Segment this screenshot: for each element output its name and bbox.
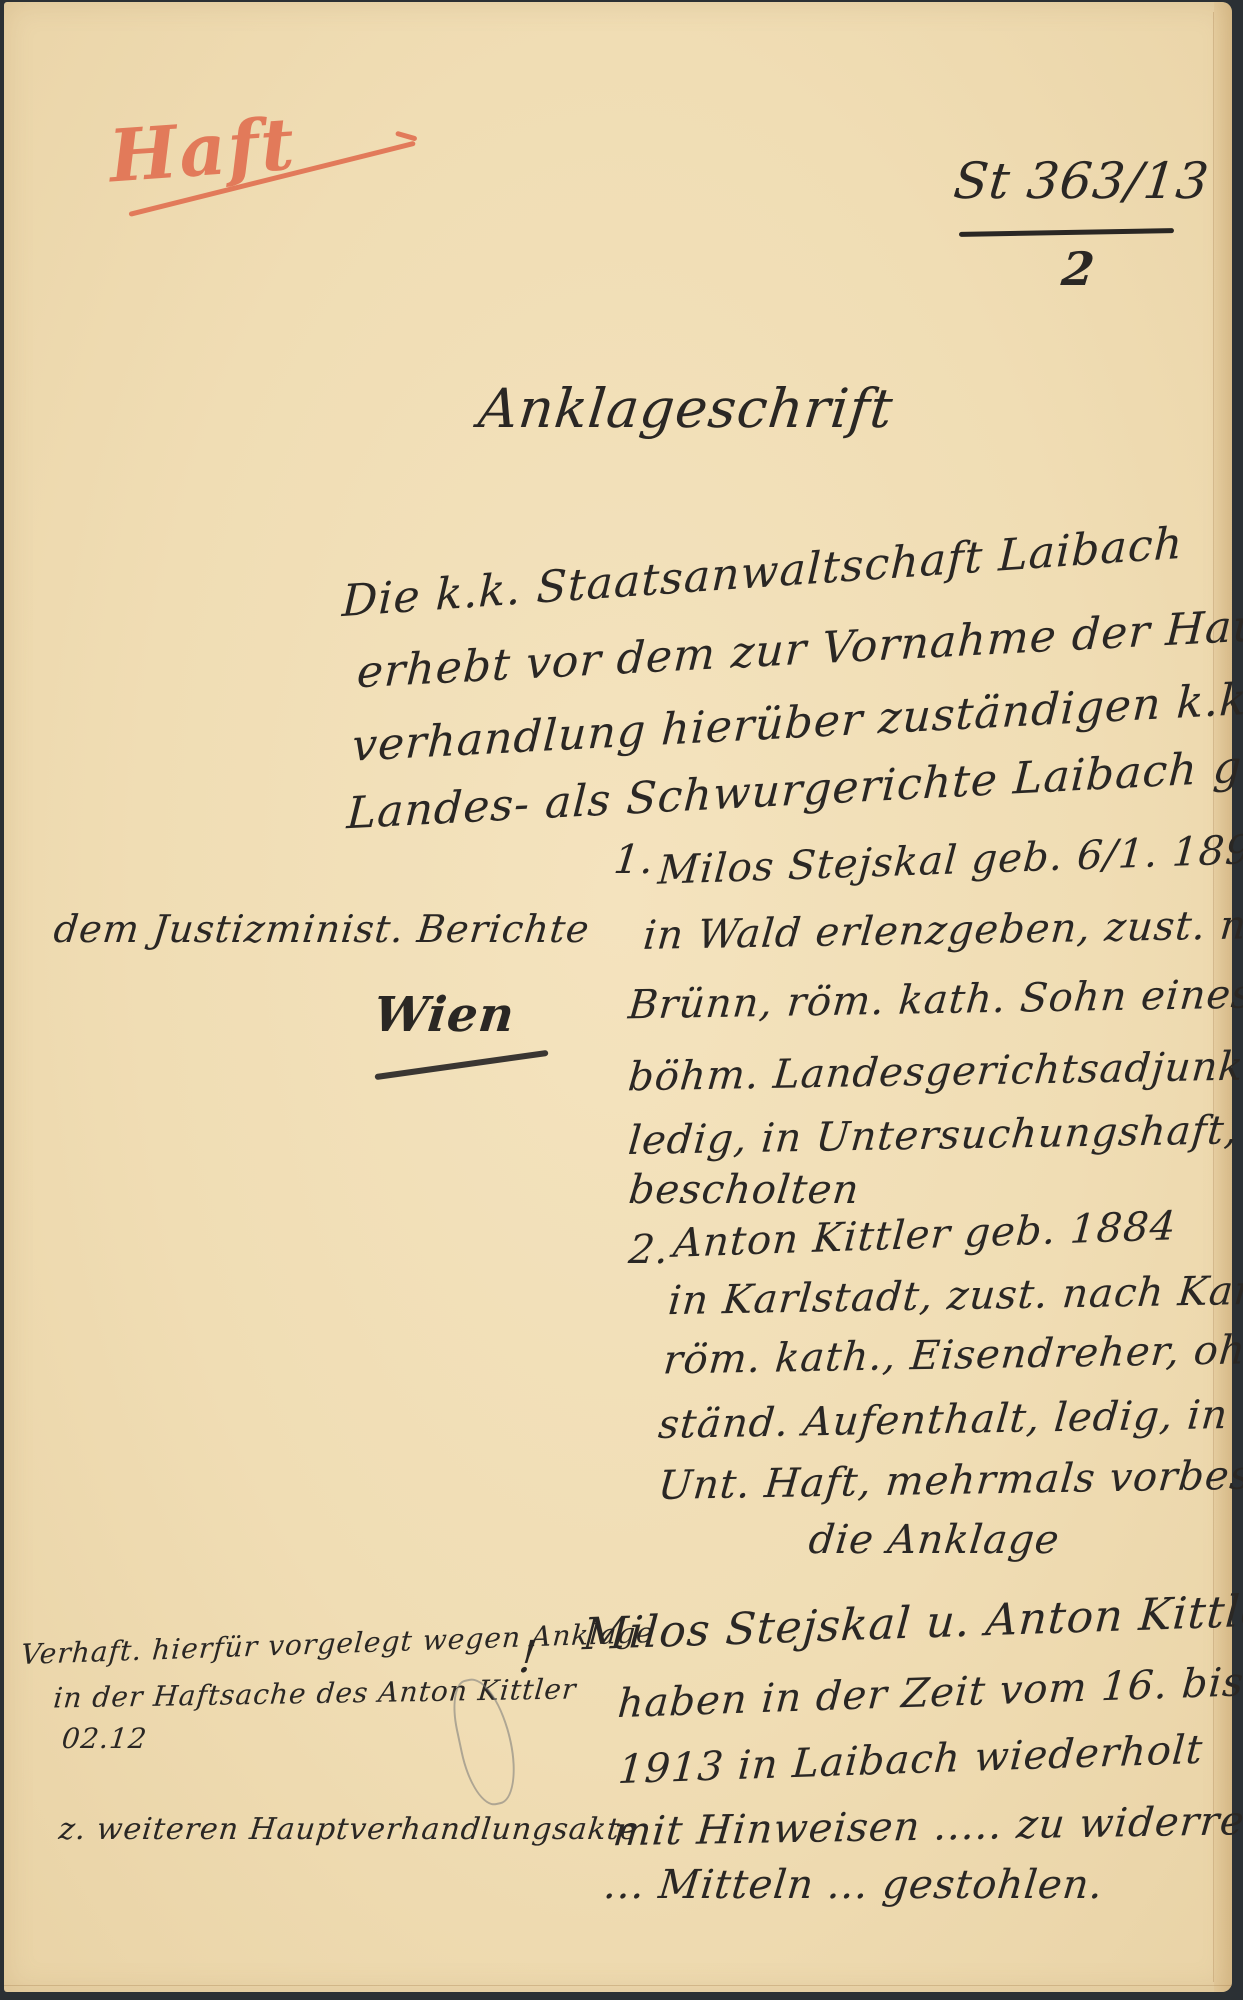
defendant-number: 2. (627, 1227, 672, 1273)
margin-note-line: Verhaft. hierfür vorgelegt wegen Anklage (20, 1616, 655, 1671)
defendant-line: die Anklage (807, 1517, 1062, 1563)
defendant-line: röm. kath., Eisendreher, ohne (661, 1326, 1243, 1383)
charge-line: 1913 in Laibach wiederholt (616, 1727, 1204, 1793)
defendant-number: 1. (612, 837, 657, 883)
defendant-line: Brünn, röm. kath. Sohn eines (626, 972, 1243, 1029)
document-title: Anklageschrift (476, 377, 897, 440)
defendant-line: in Karlstadt, zust. nach Karlstadt (666, 1266, 1243, 1324)
reference-divider-line (959, 228, 1174, 237)
signature-stroke (374, 1050, 548, 1080)
folio-number: 2 (1059, 242, 1098, 296)
charge-line: haben in der Zeit vom 16. bis 19. Feb. (616, 1653, 1243, 1727)
defendant-line: ledig, in Untersuchungshaft, un- (626, 1106, 1243, 1164)
margin-note-line: z. weiteren Hauptverhandlungsakte (57, 1812, 640, 1847)
red-pencil-annotation: Haft (106, 101, 298, 199)
defendant-line: ständ. Aufenthalt, ledig, in (657, 1392, 1231, 1448)
defendant-line: Milos Stejskal geb. 6/1. 1893 (656, 826, 1243, 894)
addressee-city: Wien (371, 987, 518, 1043)
file-reference-number: St 363/13 (951, 152, 1212, 210)
defendant-line: bescholten (627, 1167, 862, 1213)
charge-line: ... Mitteln ... gestohlen. (602, 1862, 1106, 1908)
charge-line: Milos Stejskal u. Anton Kittler (581, 1585, 1243, 1661)
document-page: Haft St 363/13 2 Anklageschrift Die k.k.… (4, 2, 1232, 1992)
margin-note-date: 02.12 (60, 1722, 149, 1755)
charge-line: mit Hinweisen ..... zu widerrechtlichen (611, 1795, 1243, 1855)
defendant-line: in Wald erlenzgeben, zust. nach (641, 901, 1243, 959)
defendant-line: Unt. Haft, mehrmals vorbestraft (656, 1451, 1243, 1509)
addressee-line: dem Justizminist. Berichte (52, 907, 592, 951)
defendant-line: böhm. Landesgerichtsadjunkt in Brünn, (626, 1040, 1243, 1101)
page-bottom-edge (4, 1985, 1232, 1986)
